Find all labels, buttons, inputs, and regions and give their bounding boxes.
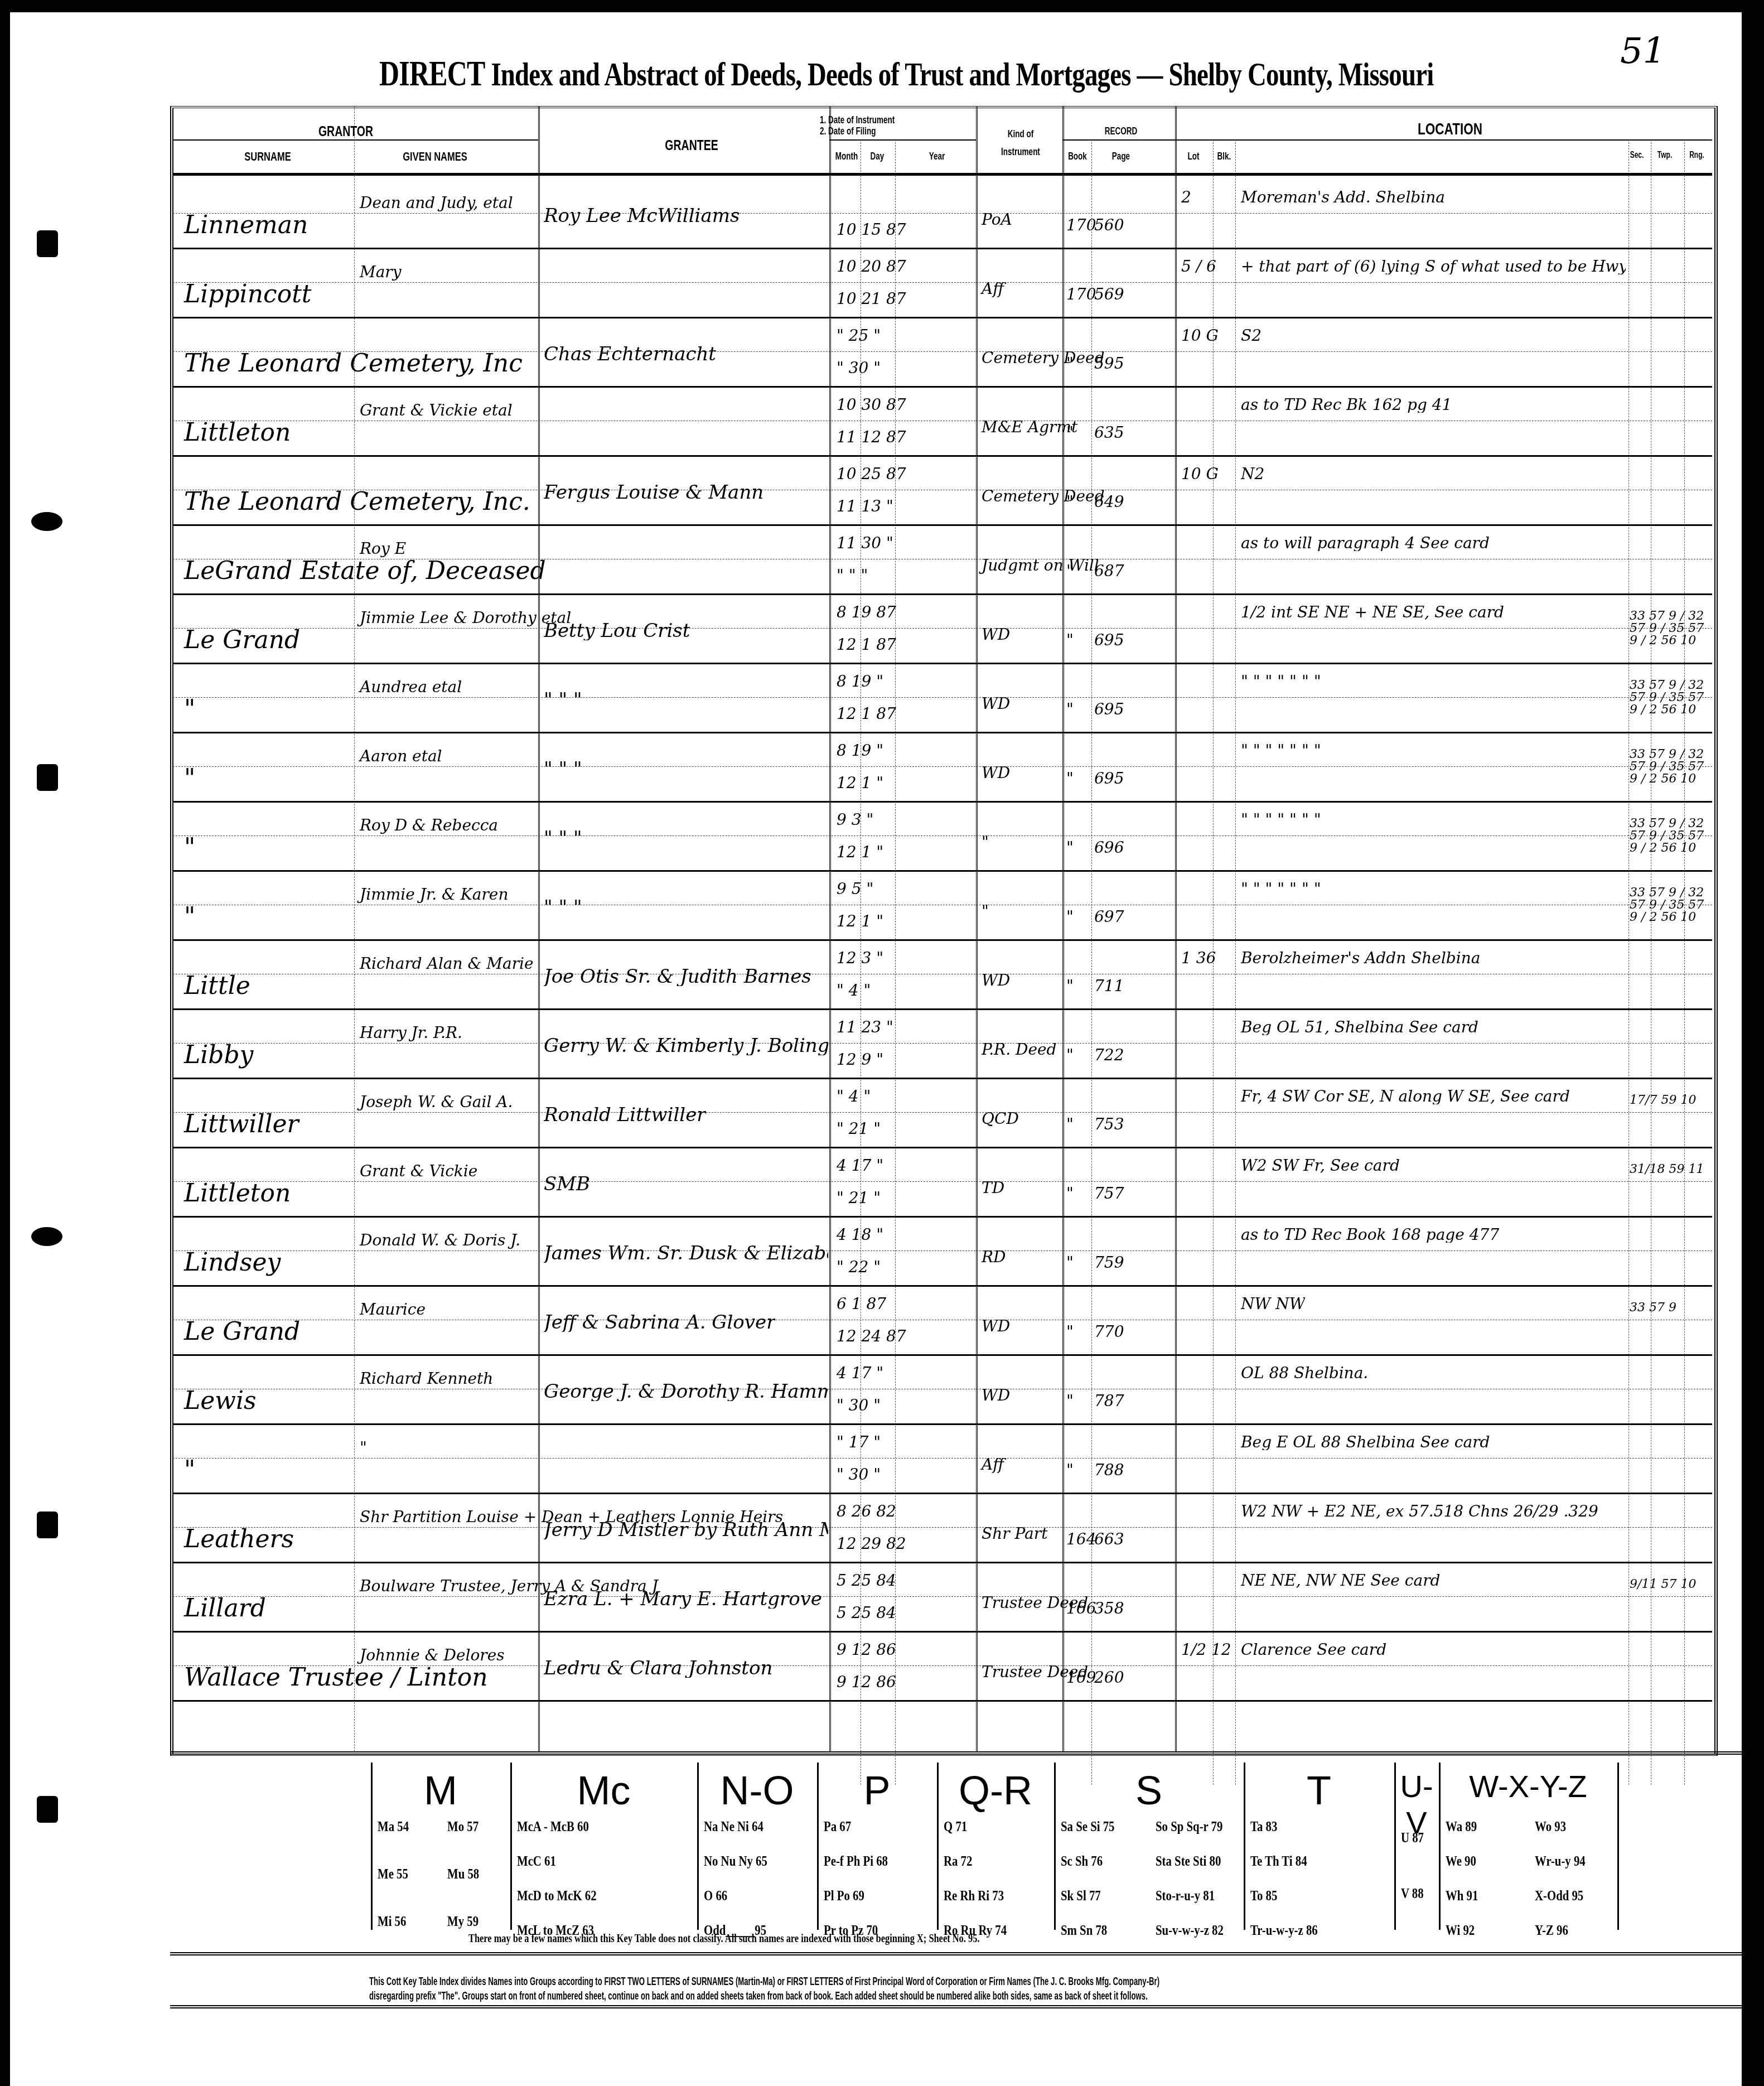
footer-line-2: disregarding prefix "The". Groups start …	[369, 1989, 1159, 2003]
cell-location: " " " " " " "	[1241, 743, 1321, 759]
cell-kind: "	[982, 904, 989, 919]
key-item: Sm Sn 78	[1061, 1922, 1107, 1939]
cell-kind: TD	[982, 1180, 1004, 1196]
cell-location: as to TD Rec Bk 162 pg 41	[1241, 397, 1452, 413]
ledger-rule	[173, 697, 1712, 698]
cell-date2: 10 15 87	[837, 222, 906, 238]
header-page: Page	[1102, 151, 1140, 162]
cell-location: W2 NW + E2 NE, ex 57.518 Chns 26/29 .329	[1241, 1504, 1598, 1519]
cell-given: Donald W. & Doris J.	[360, 1233, 520, 1248]
cell-surname: Little	[184, 974, 250, 998]
cell-sec-twp-rng: 33 57 9	[1630, 1302, 1708, 1314]
cell-surname: Lewis	[184, 1389, 257, 1413]
key-item: Tr-u-w-y-z 86	[1250, 1922, 1318, 1939]
cell-date1: 11 30 "	[837, 535, 893, 551]
cell-surname: Le Grand	[184, 1320, 300, 1344]
key-item: My 59	[447, 1913, 479, 1930]
ledger-rule	[173, 732, 1712, 733]
cell-book: "	[1066, 356, 1074, 371]
ledger-rule	[173, 905, 1712, 905]
cell-page: 722	[1094, 1047, 1124, 1063]
cell-book: 164	[1066, 1532, 1096, 1547]
title-direct: DIRECT	[379, 54, 485, 93]
cell-location: Clarence See card	[1241, 1642, 1386, 1658]
cell-book: "	[1066, 1255, 1074, 1271]
ledger-rule	[173, 386, 1712, 388]
key-column-divider	[1617, 1763, 1619, 1930]
cell-surname: The Leonard Cemetery, Inc	[184, 351, 357, 376]
cell-location: NE NE, NW NE See card	[1241, 1573, 1441, 1588]
scan-border-top	[0, 0, 1764, 12]
cell-sec-twp-rng: 33 57 9 / 32 57 9 / 35 57 9 / 2 56 10	[1630, 749, 1708, 785]
cell-kind: WD	[982, 1388, 1010, 1403]
cell-kind: Judgmt on Will	[982, 558, 1099, 573]
cell-lot: 5 / 6	[1181, 259, 1216, 274]
cell-kind: PoA	[982, 212, 1012, 228]
cell-date1: 8 19 "	[837, 674, 883, 689]
cell-given: Mary	[360, 264, 402, 280]
binder-hole-icon	[31, 1227, 62, 1246]
ledger-rule	[173, 663, 1712, 664]
cell-surname: Linneman	[184, 213, 308, 238]
cell-date2: 12 1 "	[837, 914, 883, 929]
key-group-heading: Mc	[510, 1768, 697, 1814]
cell-book: "	[1066, 563, 1074, 579]
cell-grantee: Ronald Littwiller	[544, 1105, 706, 1124]
ledger-rule	[173, 455, 1712, 457]
ledger-rule	[173, 1181, 1712, 1182]
header-year: Year	[920, 151, 954, 162]
cell-surname: Libby	[184, 1043, 253, 1068]
header-rng: Rng.	[1685, 151, 1708, 161]
cell-date1: 9 3 "	[837, 812, 873, 828]
cell-grantee: Betty Lou Crist	[544, 621, 690, 640]
cell-date2: 9 12 86	[837, 1674, 896, 1690]
cell-location: Fr, 4 SW Cor SE, N along W SE, See card	[1241, 1089, 1570, 1104]
cell-given: Grant & Vickie	[360, 1163, 477, 1179]
key-item: To 85	[1250, 1887, 1277, 1904]
key-item: Mo 57	[447, 1818, 479, 1835]
col-divider-grantee	[538, 106, 540, 1751]
cell-surname: The Leonard Cemetery, Inc.	[184, 490, 357, 514]
cell-grantee: George J. & Dorothy R. Hammond	[544, 1382, 828, 1401]
cell-surname: Le Grand	[184, 628, 300, 653]
cell-sec-twp-rng: 33 57 9 / 32 57 9 / 35 57 9 / 2 56 10	[1630, 610, 1708, 647]
cell-page: 757	[1094, 1186, 1124, 1201]
header-record: RECORD	[1092, 125, 1151, 137]
col-divider-location	[1175, 106, 1177, 1751]
key-group-heading: S	[1054, 1768, 1244, 1814]
cell-location: as to will paragraph 4 See card	[1241, 535, 1490, 551]
ledger-rule	[173, 1043, 1712, 1044]
cell-kind: Aff	[982, 1457, 1004, 1472]
cell-sec-twp-rng: 17/7 59 10	[1630, 1094, 1708, 1107]
key-group-heading: P	[817, 1768, 937, 1814]
cell-given: "	[360, 1440, 367, 1456]
cell-date2: " 21 "	[837, 1190, 881, 1206]
cell-kind: P.R. Deed	[982, 1042, 1056, 1058]
cell-page: 695	[1094, 632, 1124, 648]
cell-given: Joseph W. & Gail A.	[360, 1094, 513, 1110]
cell-given: Roy E	[360, 541, 406, 557]
header-instrument: Instrument	[995, 146, 1046, 158]
cell-date2: 11 12 87	[837, 429, 906, 445]
ledger-rule	[173, 1631, 1712, 1633]
cell-date2: " 30 "	[837, 1398, 881, 1413]
header-bottom-rule	[173, 173, 1712, 176]
cell-date1: 10 30 87	[837, 397, 906, 413]
key-item: Sc Sh 76	[1061, 1853, 1103, 1870]
footer-bottom-rule	[170, 2005, 1748, 2008]
key-item: Ta 83	[1250, 1818, 1277, 1835]
binder-slot-icon	[37, 1796, 58, 1823]
cell-sec-twp-rng: 33 57 9 / 32 57 9 / 35 57 9 / 2 56 10	[1630, 887, 1708, 924]
cell-kind: QCD	[982, 1111, 1019, 1127]
key-item: Ma 54	[378, 1818, 409, 1835]
cell-grantee: Chas Echternacht	[544, 345, 716, 364]
cell-date2: " 21 "	[837, 1121, 881, 1137]
cell-date2: 12 9 "	[837, 1052, 883, 1068]
cell-date1: 10 25 87	[837, 466, 906, 482]
cell-grantee: " " "	[544, 690, 582, 709]
cell-date2: 10 21 87	[837, 291, 906, 307]
ledger-rule	[173, 1527, 1712, 1528]
cell-date1: 4 17 "	[837, 1365, 883, 1381]
cell-date2: " 30 "	[837, 1467, 881, 1483]
cell-kind: WD	[982, 973, 1010, 988]
ledger-rule	[173, 628, 1712, 629]
key-item: Mu 58	[447, 1866, 479, 1882]
key-item: We 90	[1446, 1853, 1476, 1870]
cell-given: Johnnie & Delores	[360, 1648, 505, 1663]
cell-date2: " " "	[837, 568, 868, 583]
header-kind-of: Kind of	[995, 128, 1046, 140]
cell-grantee: " " "	[544, 829, 582, 848]
cell-date1: 8 26 82	[837, 1504, 896, 1519]
cell-date1: 4 18 "	[837, 1227, 883, 1243]
key-item: O 66	[704, 1887, 727, 1904]
ledger-rule	[173, 421, 1712, 421]
key-item: Sa Se Si 75	[1061, 1818, 1115, 1835]
cell-location: " " " " " " "	[1241, 881, 1321, 897]
cell-page: 595	[1094, 356, 1124, 371]
cell-sec-twp-rng: 9/11 57 10	[1630, 1578, 1708, 1591]
binder-slot-icon	[37, 1512, 58, 1538]
cell-book: "	[1066, 771, 1074, 786]
cell-date1: 8 19 "	[837, 743, 883, 759]
cell-given: Richard Kenneth	[360, 1371, 493, 1387]
cell-kind: WD	[982, 765, 1010, 781]
cell-grantee: Jerry D Mistler by Ruth Ann Mistler	[544, 1520, 828, 1539]
key-item: Wh 91	[1446, 1887, 1478, 1904]
ledger-rule	[173, 524, 1712, 526]
cell-date2: 12 24 87	[837, 1329, 906, 1344]
key-item: McD to McK 62	[517, 1887, 597, 1904]
footer-instructions: This Cott Key Table Index divides Names …	[369, 1974, 1159, 2003]
cell-date2: 12 1 87	[837, 637, 896, 653]
header-date-instrument: 1. Date of Instrument	[820, 114, 945, 126]
key-item: No Nu Ny 65	[704, 1853, 767, 1870]
cell-kind: Cemetery Deed	[982, 489, 1105, 504]
cell-surname: Littleton	[184, 421, 291, 445]
cell-page: 260	[1094, 1670, 1124, 1686]
cell-page: 635	[1094, 425, 1124, 441]
cell-kind: Shr Part	[982, 1526, 1047, 1542]
key-item: Wi 92	[1446, 1922, 1475, 1939]
cell-surname: "	[184, 1458, 195, 1483]
ledger-rule	[173, 213, 1712, 214]
cell-sec-twp-rng: 33 57 9 / 32 57 9 / 35 57 9 / 2 56 10	[1630, 679, 1708, 716]
cell-location: + that part of (6) lying S of what used …	[1241, 259, 1626, 274]
key-item: McA - McB 60	[517, 1818, 589, 1835]
cell-date2: " 22 "	[837, 1259, 881, 1275]
cell-given: Grant & Vickie etal	[360, 403, 513, 418]
cell-grantee: " " "	[544, 898, 582, 917]
cell-grantee: Roy Lee McWilliams	[544, 206, 740, 225]
key-table-bottom-rule	[170, 1952, 1748, 1955]
cell-grantee: Joe Otis Sr. & Judith Barnes	[544, 967, 811, 986]
cell-page: 695	[1094, 771, 1124, 786]
header-grantor: GRANTOR	[304, 123, 388, 140]
cell-date2: " 4 "	[837, 983, 871, 998]
cell-location: N2	[1241, 466, 1264, 482]
key-item: X-Odd 95	[1535, 1887, 1583, 1904]
cell-book: "	[1066, 1117, 1074, 1132]
cell-book: "	[1066, 909, 1074, 925]
header-month: Month	[835, 151, 858, 162]
key-item: So Sp Sq-r 79	[1156, 1818, 1222, 1835]
cell-given: Roy D & Rebecca	[360, 818, 498, 833]
cell-grantee: Fergus Louise & Mann	[544, 483, 763, 502]
ledger-rule	[173, 1700, 1712, 1702]
cell-surname: Littleton	[184, 1181, 291, 1206]
cell-grantee: Ledru & Clara Johnston	[544, 1659, 772, 1678]
key-item: Wr-u-y 94	[1535, 1853, 1586, 1870]
key-group-heading: W-X-Y-Z	[1439, 1768, 1617, 1804]
cell-book: "	[1066, 494, 1074, 510]
cell-kind: WD	[982, 696, 1010, 712]
cell-page: 711	[1094, 978, 1124, 994]
cell-surname: Lippincott	[184, 282, 312, 307]
cell-given: Maurice	[360, 1302, 426, 1317]
cell-surname: Lindsey	[184, 1250, 281, 1275]
key-item: Wa 89	[1446, 1818, 1477, 1835]
cell-lot: 1 36	[1181, 950, 1216, 966]
header-twp: Twp.	[1652, 151, 1678, 161]
cell-book: "	[1066, 425, 1074, 441]
cell-location: NW NW	[1241, 1296, 1305, 1312]
ledger-rule	[173, 974, 1712, 974]
ledger-rule	[173, 836, 1712, 836]
cell-page: 696	[1094, 840, 1124, 856]
ledger-rule	[173, 1596, 1712, 1597]
ledger-rule	[173, 1285, 1712, 1287]
header-surname: SURNAME	[234, 149, 301, 164]
key-item: Sto-r-u-y 81	[1156, 1887, 1215, 1904]
cell-surname: Wallace Trustee / Linton	[184, 1665, 357, 1690]
cell-page: 687	[1094, 563, 1124, 579]
cell-grantee: Jeff & Sabrina A. Glover	[544, 1313, 775, 1332]
cell-date1: " 17 "	[837, 1435, 881, 1450]
cell-date2: 12 1 87	[837, 706, 896, 722]
key-table-note: There may be a few names which this Key …	[468, 1933, 979, 1945]
ledger-rule	[173, 282, 1712, 283]
key-item: Mi 56	[378, 1913, 406, 1930]
cell-date1: " 25 "	[837, 328, 881, 344]
key-table-top-rule	[170, 1751, 1748, 1755]
ledger-rule	[173, 1493, 1712, 1494]
cell-surname: "	[184, 697, 195, 722]
cell-book: "	[1066, 1186, 1074, 1201]
cell-location: Beg OL 51, Shelbina See card	[1241, 1020, 1478, 1035]
cell-date1: 5 25 84	[837, 1573, 896, 1588]
ledger-rule	[173, 939, 1712, 941]
cell-lot: 10 G	[1181, 466, 1219, 482]
ledger-rule	[173, 1423, 1712, 1425]
key-item: Pl Po 69	[824, 1887, 864, 1904]
cell-page: 753	[1094, 1117, 1124, 1132]
cell-location: as to TD Rec Book 168 page 477	[1241, 1227, 1499, 1243]
cell-page: 560	[1094, 218, 1124, 233]
cell-location: Berolzheimer's Addn Shelbina	[1241, 950, 1480, 966]
key-item: Sk Sl 77	[1061, 1887, 1101, 1904]
binder-slot-icon	[37, 764, 58, 791]
ledger-rule	[173, 1562, 1712, 1563]
cell-sec-twp-rng: 31/18 59 11	[1630, 1163, 1708, 1176]
key-item: Te Th Ti 84	[1250, 1853, 1307, 1870]
cell-location: Beg E OL 88 Shelbina See card	[1241, 1435, 1490, 1450]
cell-kind: Aff	[982, 281, 1004, 297]
cell-grantee: SMB	[544, 1175, 590, 1194]
cell-given: Jimmie Jr. & Karen	[360, 887, 508, 902]
cell-grantee: James Wm. Sr. Dusk & Elizabeth Mae	[544, 1244, 828, 1263]
key-item: U 87	[1401, 1829, 1424, 1846]
grantor-subheader-rule	[173, 139, 538, 141]
key-item: Q 71	[944, 1818, 967, 1835]
ledger-rule	[173, 1216, 1712, 1218]
cell-given: Harry Jr. P.R.	[360, 1025, 462, 1041]
key-group-heading: N-O	[697, 1768, 817, 1814]
page-number: 51	[1620, 31, 1665, 72]
scan-border-right	[1742, 0, 1764, 2086]
cell-location: " " " " " " "	[1241, 812, 1321, 828]
page-title: DIRECT Index and Abstract of Deeds, Deed…	[379, 53, 1433, 94]
key-item: Y-Z 96	[1535, 1922, 1568, 1939]
ledger-rule	[173, 801, 1712, 803]
ledger-rule	[173, 1008, 1712, 1010]
record-location-subheader-rule	[1062, 139, 1712, 141]
cell-book: 169	[1066, 1670, 1096, 1686]
cell-grantee: Ezra L. + Mary E. Hartgrove	[544, 1590, 822, 1609]
header-date-filing: 2. Date of Filing	[820, 125, 945, 137]
cell-surname: "	[184, 905, 195, 929]
cell-date1: 12 3 "	[837, 950, 883, 966]
cell-grantee: " " "	[544, 760, 582, 779]
scan-border-left	[0, 0, 10, 2086]
ledger-rule	[173, 1078, 1712, 1079]
ledger-rule	[173, 317, 1712, 318]
cell-grantee: Gerry W. & Kimberly J. Boling	[544, 1036, 828, 1055]
cell-book: 170	[1066, 218, 1096, 233]
key-item: Sta Ste Sti 80	[1156, 1853, 1221, 1870]
cell-date2: 12 29 82	[837, 1536, 906, 1552]
cell-book: "	[1066, 1462, 1074, 1478]
header-blk: Blk.	[1214, 151, 1235, 162]
cell-kind: M&E Agrmt	[982, 419, 1077, 435]
ledger-rule	[173, 1458, 1712, 1459]
ledger-rule	[173, 248, 1712, 249]
header-grantee: GRANTEE	[650, 137, 733, 154]
cell-page: 787	[1094, 1393, 1124, 1409]
cell-page: 358	[1094, 1601, 1124, 1616]
ledger-rule	[173, 1354, 1712, 1356]
key-group-heading: Q-R	[937, 1768, 1054, 1814]
header-book: Book	[1066, 151, 1089, 162]
cell-kind: RD	[982, 1249, 1006, 1265]
cell-date1: 8 19 87	[837, 605, 896, 620]
key-item: Me 55	[378, 1866, 408, 1882]
cell-lot: 2	[1181, 190, 1191, 205]
cell-lot: 1/2 12	[1181, 1642, 1231, 1658]
binder-hole-icon	[31, 512, 62, 531]
header-lot: Lot	[1183, 151, 1204, 162]
cell-page: 695	[1094, 702, 1124, 717]
key-item: Su-v-w-y-z 82	[1156, 1922, 1224, 1939]
cell-book: "	[1066, 1324, 1074, 1340]
cell-book: "	[1066, 1047, 1074, 1063]
key-item: V 88	[1401, 1885, 1424, 1902]
cell-date1: 9 5 "	[837, 881, 873, 897]
binder-slot-icon	[37, 230, 58, 257]
cell-surname: LeGrand Estate of, Deceased	[184, 559, 357, 583]
header-day: Day	[866, 151, 889, 162]
col-divider-date	[829, 106, 831, 1751]
key-item: Pe-f Ph Pi 68	[824, 1853, 888, 1870]
key-item: Re Rh Ri 73	[944, 1887, 1004, 1904]
cell-date1: 10 20 87	[837, 259, 906, 274]
cell-date2: 11 13 "	[837, 499, 893, 514]
cell-book: "	[1066, 1393, 1074, 1409]
cell-location: S2	[1241, 328, 1262, 344]
cell-given: Aaron etal	[360, 749, 442, 764]
cell-surname: "	[184, 766, 195, 791]
header-given-names: GIVEN NAMES	[393, 149, 477, 164]
key-item: Ra 72	[944, 1853, 972, 1870]
cell-page: 788	[1094, 1462, 1124, 1478]
cell-location: W2 SW Fr, See card	[1241, 1158, 1400, 1174]
cell-sec-twp-rng: 33 57 9 / 32 57 9 / 35 57 9 / 2 56 10	[1630, 818, 1708, 854]
cell-page: 569	[1094, 287, 1124, 302]
key-item: Na Ne Ni 64	[704, 1818, 763, 1835]
cell-lot: 10 G	[1181, 328, 1219, 344]
cell-date2: " 30 "	[837, 360, 881, 376]
cell-page: 759	[1094, 1255, 1124, 1271]
cell-page: 697	[1094, 909, 1124, 925]
cell-book: "	[1066, 978, 1074, 994]
cell-book: "	[1066, 840, 1074, 856]
key-group-heading: T	[1244, 1768, 1394, 1814]
cell-kind: "	[982, 834, 989, 850]
cell-page: 770	[1094, 1324, 1124, 1340]
cell-location: " " " " " " "	[1241, 674, 1321, 689]
cell-date2: 12 1 "	[837, 775, 883, 791]
date-subheader-rule	[829, 139, 976, 141]
cell-location: Moreman's Add. Shelbina	[1241, 190, 1445, 205]
cell-kind: WD	[982, 627, 1010, 643]
cell-given: Richard Alan & Marie	[360, 956, 534, 972]
ledger-rule	[173, 1112, 1712, 1113]
cell-date1: 4 17 "	[837, 1158, 883, 1174]
